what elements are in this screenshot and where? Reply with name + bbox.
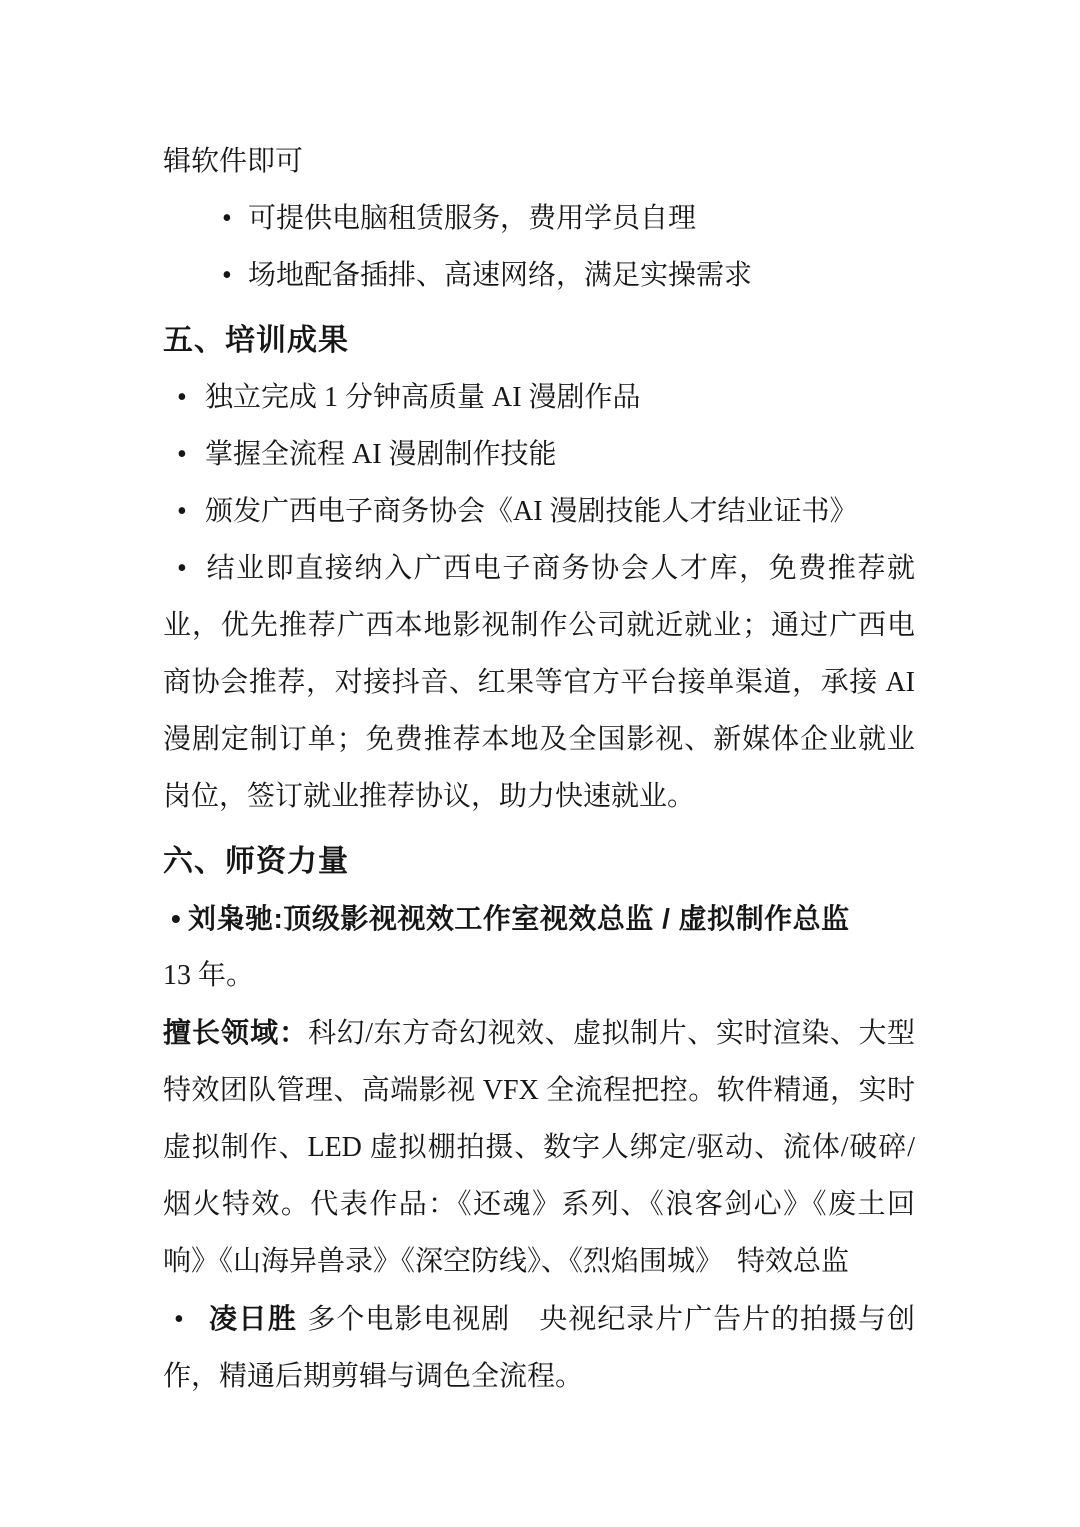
- teacher1-experience: 13 年。: [163, 947, 915, 1004]
- bullet-icon: •: [177, 426, 205, 483]
- bullet-icon: •: [177, 369, 205, 426]
- continuation-text: 辑软件即可: [163, 133, 915, 190]
- teacher2-name: 凌日胜: [208, 1303, 297, 1334]
- training-result-item-employment: •结业即直接纳入广西电子商务协会人才库，免费推荐就业，优先推荐广西本地影视制作公…: [163, 540, 915, 825]
- facility-list-item: •可提供电脑租赁服务，费用学员自理: [163, 190, 915, 247]
- list-item-text: 结业即直接纳入广西电子商务协会人才库，免费推荐就业，优先推荐广西本地影视制作公司…: [163, 553, 915, 812]
- list-item-text: 场地配备插排、高速网络，满足实操需求: [248, 260, 752, 291]
- section-heading-training-results: 五、培训成果: [163, 312, 915, 369]
- bullet-icon: •: [177, 483, 205, 540]
- list-item-text: 颁发广西电子商务协会《AI 漫剧技能人才结业证书》: [205, 496, 858, 527]
- training-result-item: •掌握全流程 AI 漫剧制作技能: [163, 426, 915, 483]
- teacher1-title-text: 刘枭驰:顶级影视视效工作室视效总监 / 虚拟制作总监: [188, 903, 850, 934]
- bullet-icon: •: [174, 1291, 208, 1348]
- training-result-item: •独立完成 1 分钟高质量 AI 漫剧作品: [163, 369, 915, 426]
- teacher1-expertise-paragraph: 擅长领域：科幻/东方奇幻视效、虚拟制片、实时渲染、大型特效团队管理、高端影视 V…: [163, 1004, 915, 1290]
- section-heading-faculty: 六、师资力量: [163, 833, 915, 890]
- list-item-text: 独立完成 1 分钟高质量 AI 漫剧作品: [205, 382, 641, 413]
- facility-list-item: •场地配备插排、高速网络，满足实操需求: [163, 247, 915, 304]
- document-page: 辑软件即可 •可提供电脑租赁服务，费用学员自理 •场地配备插排、高速网络，满足实…: [0, 0, 1080, 1527]
- list-item-text: 掌握全流程 AI 漫剧制作技能: [205, 439, 557, 470]
- bullet-icon: •: [222, 190, 248, 247]
- training-result-item: •颁发广西电子商务协会《AI 漫剧技能人才结业证书》: [163, 483, 915, 540]
- bullet-icon: •: [222, 247, 248, 304]
- expertise-label: 擅长领域：: [163, 1017, 308, 1048]
- bullet-icon: •: [177, 540, 205, 597]
- teacher2-item: •凌日胜多个电影电视剧 央视纪录片广告片的拍摄与创作，精通后期剪辑与调色全流程。: [163, 1290, 915, 1405]
- bullet-icon: •: [171, 890, 188, 947]
- list-item-text: 可提供电脑租赁服务，费用学员自理: [248, 203, 696, 234]
- expertise-text: 科幻/东方奇幻视效、虚拟制片、实时渲染、大型特效团队管理、高端影视 VFX 全流…: [163, 1018, 915, 1277]
- teacher1-title-line: •刘枭驰:顶级影视视效工作室视效总监 / 虚拟制作总监: [163, 890, 915, 947]
